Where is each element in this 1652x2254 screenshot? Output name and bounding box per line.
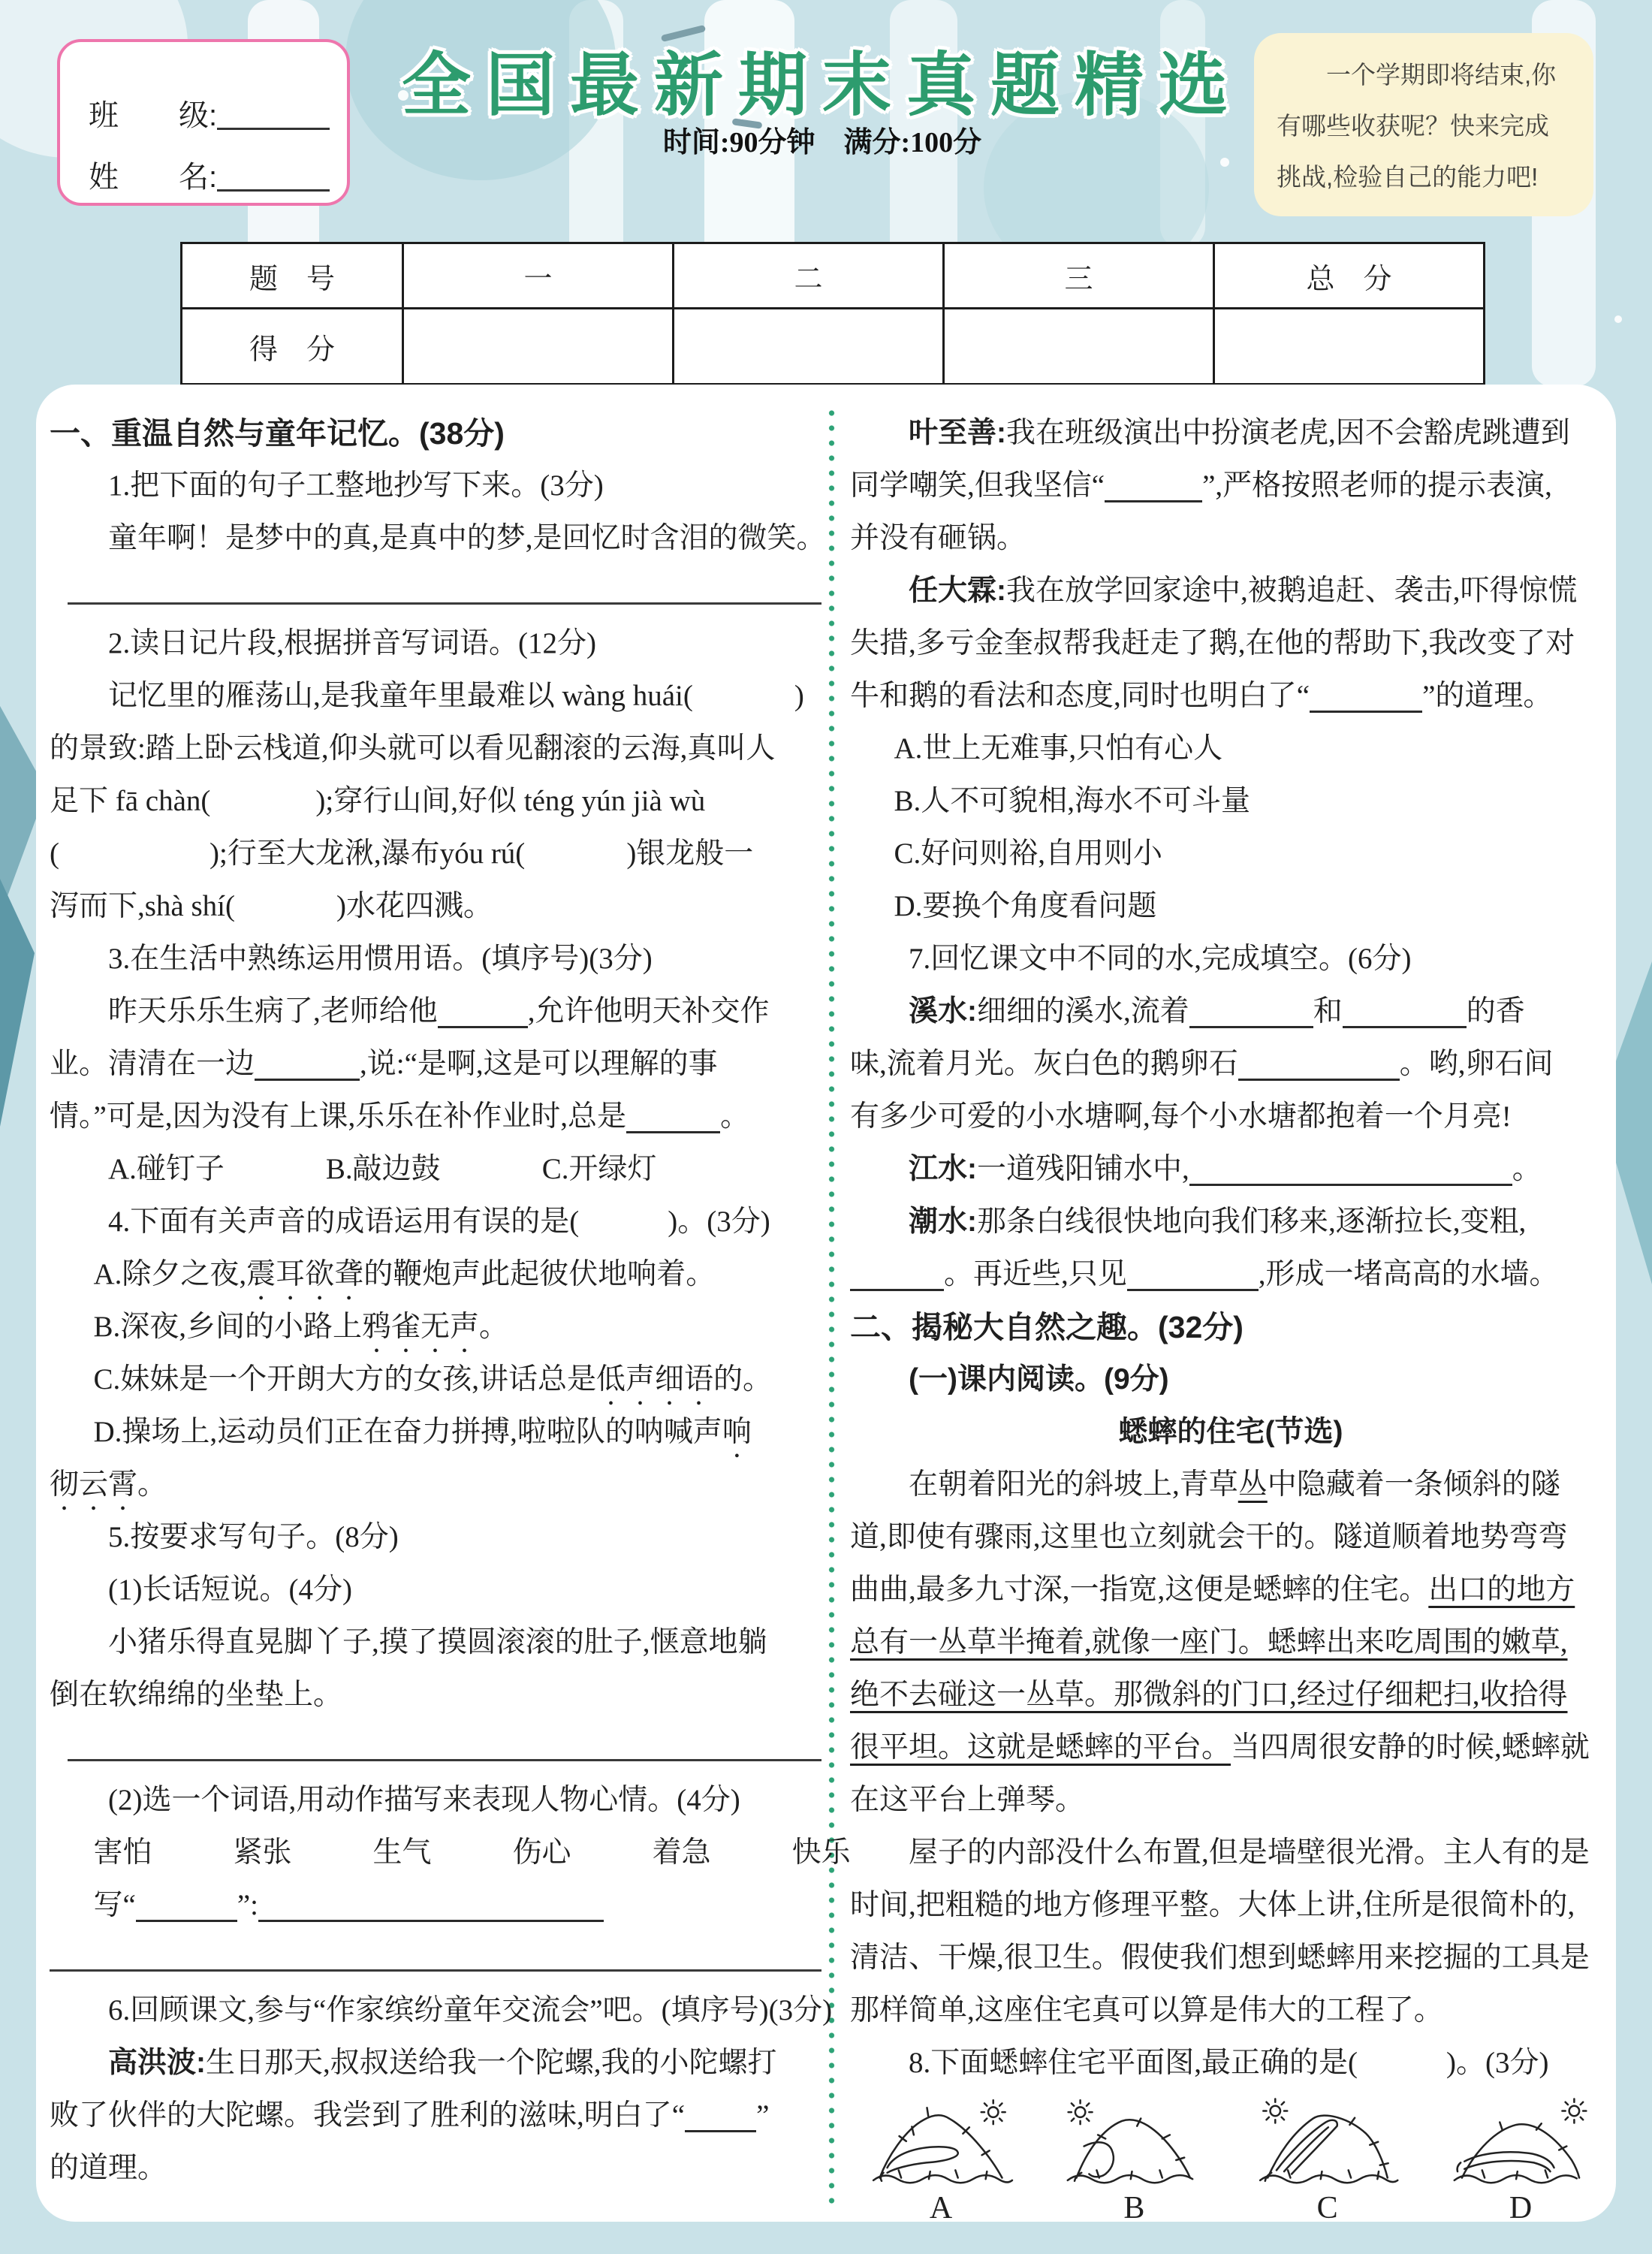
- score-label-cell: 得 分: [182, 309, 403, 385]
- fill-in-blank: [850, 1284, 944, 1291]
- text-segment: 。: [137, 1468, 167, 1501]
- text-segment: B.敲边鼓: [326, 1153, 441, 1185]
- note-line: 一个学期即将结束,你: [1277, 50, 1571, 101]
- text-segment: ”,严格按照老师的提示表演,: [1202, 469, 1552, 502]
- text-line: B.人不可貌相,海水不可斗量: [850, 775, 1611, 828]
- text-segment: 业。清清在一边: [50, 1048, 255, 1080]
- fill-in-blank: [1105, 496, 1202, 502]
- fill-in-blank: [1343, 1021, 1467, 1028]
- text-segment: );穿行山间,好似 téng yún jià wù: [315, 785, 705, 817]
- text-segment: 。再近些,只见: [944, 1258, 1127, 1290]
- sun-icon: [981, 2100, 1005, 2124]
- text-segment: 总有一丛草半掩着,就像一座门。蟋蟀出来吃周围的嫩草,: [850, 1626, 1568, 1658]
- note-line: 有哪些收获呢？快来完成: [1277, 101, 1571, 152]
- text-segment: 6.回顾课文,参与“作家缤纷童年交流会”吧。(填序号)(3分): [108, 1994, 832, 2026]
- text-segment: 道,即使有骤雨,这里也立刻就会干的。隧道顺着地势弯弯: [850, 1521, 1568, 1553]
- text-line: 害怕紧张生气伤心着急快乐: [50, 1827, 821, 1879]
- text-line: 情。”可是,因为没有上课,乐乐在补作业时,总是。: [50, 1091, 821, 1143]
- text-line: 时间,把粗糙的地方修理平整。大体上讲,住所是很简朴的,: [850, 1879, 1611, 1932]
- score-empty-cell: [944, 309, 1214, 385]
- fill-in-blank: [685, 2126, 756, 2132]
- text-segment: (2)选一个词语,用动作描写来表现人物心情。(4分): [108, 1784, 740, 1816]
- text-line: 溪水:细细的溪水,流着和的香: [850, 985, 1611, 1038]
- text-line: 蟋蟀的住宅(节选): [850, 1406, 1611, 1459]
- text-segment: B.深夜,乡间的小路上: [94, 1311, 363, 1343]
- text-segment: 足下 fā chàn(: [50, 785, 210, 817]
- text-segment: A.碰钉子: [108, 1153, 225, 1185]
- text-segment: 味,流着月光。灰白色的鹅卵石: [850, 1048, 1238, 1080]
- text-segment: 溪水:: [909, 995, 977, 1027]
- fill-in-blank: [1189, 1179, 1512, 1186]
- table-row: 题 号 一 二 三 总 分: [182, 243, 1485, 309]
- text-segment: 的。: [713, 1363, 772, 1396]
- text-segment: ): [794, 680, 804, 712]
- text-segment: 。: [1512, 1153, 1542, 1185]
- text-line: A.除夕之夜,震耳欲聋的鞭炮声此起彼伏地响着。: [50, 1248, 821, 1301]
- text-line: 屋子的内部没什么布置,但是墙壁很光滑。主人有的是: [850, 1827, 1611, 1879]
- text-segment: 在朝着阳光的斜坡上,青草: [909, 1468, 1238, 1501]
- header-cell: 总 分: [1214, 243, 1485, 309]
- text-segment: (一)课内阅读。(9分): [909, 1363, 1169, 1396]
- text-line: C.妹妹是一个开朗大方的女孩,讲话总是低声细语的。: [50, 1353, 821, 1406]
- text-line: 江水:一道残阳铺水中,。: [850, 1143, 1611, 1196]
- text-segment: 我在放学回家途中,被鹅追赶、袭击,吓得惊慌: [1006, 575, 1578, 607]
- text-segment: C.妹妹是一个开朗大方的女孩,讲话总是: [94, 1363, 597, 1396]
- text-line: 牛和鹅的看法和态度,同时也明白了“”的道理。: [850, 670, 1611, 723]
- text-segment: (: [50, 837, 59, 870]
- text-line: 5.按要求写句子。(8分): [50, 1511, 821, 1564]
- cricket-house-diagram-c: C: [1237, 2097, 1418, 2225]
- answer-line: [68, 1721, 821, 1761]
- text-segment: ”: [756, 2099, 769, 2132]
- text-segment: 任大霖:: [909, 575, 1006, 607]
- text-line: 3.在生活中熟练运用惯用语。(填序号)(3分): [50, 933, 821, 985]
- text-line: 4.下面有关声音的成语运用有误的是()。(3分): [50, 1196, 821, 1248]
- text-line: 6.回顾课文,参与“作家缤纷童年交流会”吧。(填序号)(3分): [50, 1984, 821, 2037]
- text-line: 那样简单,这座住宅真可以算是伟大的工程了。: [850, 1984, 1611, 2037]
- text-line: 的景致:踏上卧云栈道,仰头就可以看见翻滚的云海,真叫人: [50, 723, 821, 775]
- text-line: 泻而下,shà shí()水花四溅。: [50, 880, 821, 933]
- diagram-label: B: [1043, 2192, 1225, 2225]
- text-segment: 出口的地方: [1428, 1574, 1575, 1606]
- diagram-label: D: [1430, 2192, 1611, 2225]
- diagram-label: C: [1237, 2192, 1418, 2225]
- student-info-box: 班 级: 姓 名:: [57, 39, 350, 206]
- text-segment: 的鞭炮声此起彼伏地响着。: [363, 1258, 715, 1290]
- text-line: (一)课内阅读。(9分): [850, 1353, 1611, 1406]
- text-segment: 的景致:踏上卧云栈道,仰头就可以看见翻滚的云海,真叫人: [50, 732, 775, 765]
- header-cell: 二: [674, 243, 944, 309]
- text-segment: 的香: [1467, 995, 1525, 1027]
- text-segment: B.人不可貌相,海水不可斗量: [894, 785, 1251, 817]
- text-segment: 失措,多亏金奎叔帮我赶走了鹅,在他的帮助下,我改变了对: [850, 627, 1575, 659]
- right-column: 叶至善:我在班级演出中扮演老虎,因不会豁虎跳遭到同学嘲笑,但我坚信“”,严格按照…: [850, 407, 1611, 2225]
- fill-in-blank: [1189, 1021, 1313, 1028]
- text-segment: 丛: [1238, 1468, 1268, 1501]
- text-segment: 5.按要求写句子。(8分): [108, 1521, 399, 1553]
- text-line: 二、揭秘大自然之趣。(32分): [850, 1301, 1611, 1353]
- text-segment: 当四周很安静的时候,蟋蟀就: [1231, 1731, 1590, 1764]
- exam-meta: 时间:90分钟 满分:100分: [390, 119, 1254, 160]
- text-segment: 着急: [653, 1836, 711, 1869]
- text-line: B.深夜,乡间的小路上鸦雀无声。: [50, 1301, 821, 1353]
- cricket-house-diagram-d: D: [1430, 2097, 1611, 2225]
- text-segment: ”:: [237, 1889, 258, 1921]
- text-segment: 童年啊！是梦中的真,是真中的梦,是回忆时含泪的微笑。: [108, 522, 826, 554]
- question8-diagrams: A B: [850, 2090, 1611, 2225]
- text-segment: 那样简单,这座住宅真可以算是伟大的工程了。: [850, 1994, 1443, 2026]
- text-segment: 并没有砸锅。: [850, 522, 1026, 554]
- text-line: A.碰钉子B.敲边鼓C.开绿灯: [50, 1143, 821, 1196]
- text-segment: 泻而下,shà shí(: [50, 890, 235, 922]
- text-segment: 快乐: [792, 1836, 851, 1869]
- text-segment: D.要换个角度看问题: [894, 890, 1157, 922]
- exam-paper-page: 班 级: 姓 名: 全国最新期末真题精选 时间:90分钟 满分:100分 一个学…: [0, 0, 1652, 2254]
- text-segment: ,说:“是啊,这是可以理解的事: [360, 1048, 718, 1080]
- text-segment: 牛和鹅的看法和态度,同时也明白了“: [850, 680, 1310, 712]
- fill-in-blank: [438, 1021, 528, 1028]
- fill-in-blank: [1127, 1284, 1259, 1291]
- text-line: 曲曲,最多九寸深,一指宽,这便是蟋蟀的住宅。出口的地方: [850, 1564, 1611, 1616]
- name-blank: [217, 185, 330, 192]
- score-empty-cell: [674, 309, 944, 385]
- text-segment: C.好问则裕,自用则小: [894, 837, 1163, 870]
- text-segment: 蟋蟀的住宅(节选): [1119, 1416, 1343, 1448]
- text-line: 记忆里的雁荡山,是我童年里最难以 wàng huái(): [50, 670, 821, 723]
- text-segment: 小猪乐得直晃脚丫子,摸了摸圆滚滚的肚子,惬意地躺: [108, 1626, 767, 1658]
- text-segment: ,形成一堵高高的水墙。: [1259, 1258, 1559, 1290]
- diagram-sketch-d: [1433, 2097, 1608, 2192]
- text-line: 7.回忆课文中不同的水,完成填空。(6分): [850, 933, 1611, 985]
- text-line: 。再近些,只见,形成一堵高高的水墙。: [850, 1248, 1611, 1301]
- text-line: 绝不去碰这一丛草。那微斜的门口,经过仔细耙扫,收拾得: [850, 1669, 1611, 1721]
- text-segment: )银龙般一: [626, 837, 753, 870]
- header-cell: 题 号: [182, 243, 403, 309]
- header-cell: 一: [403, 243, 674, 309]
- text-segment: 鸦雀无声: [362, 1311, 479, 1343]
- text-line: 很平坦。这就是蟋蟀的平台。当四周很安静的时候,蟋蟀就: [850, 1721, 1611, 1774]
- text-segment: 二、揭秘大自然之趣。(32分): [850, 1310, 1244, 1344]
- note-line: 挑战,检验自己的能力吧!: [1277, 152, 1571, 203]
- text-line: 道,即使有骤雨,这里也立刻就会干的。隧道顺着地势弯弯: [850, 1511, 1611, 1564]
- text-segment: 。哟,卵石间: [1400, 1048, 1554, 1080]
- class-label: 班 级:: [89, 99, 217, 132]
- cricket-house-diagram-a: A: [850, 2097, 1032, 2225]
- text-line: D.要换个角度看问题: [850, 880, 1611, 933]
- text-segment: 清洁、干燥,很卫生。假使我们想到蟋蟀用来挖掘的工具是: [850, 1942, 1590, 1974]
- text-line: 高洪波:生日那天,叔叔送给我一个陀螺,我的小陀螺打: [50, 2037, 821, 2090]
- text-segment: 8.下面蟋蟀住宅平面图,最正确的是(: [909, 2047, 1358, 2079]
- answer-line: [68, 565, 821, 605]
- table-row: 得 分: [182, 309, 1485, 385]
- score-table: 题 号 一 二 三 总 分 得 分: [180, 242, 1485, 385]
- answer-line: [50, 1932, 821, 1972]
- text-segment: )。(3分): [1446, 2047, 1548, 2079]
- score-empty-cell: [1214, 309, 1485, 385]
- text-segment: 记忆里的雁荡山,是我童年里最难以 wàng huái(: [108, 680, 693, 712]
- text-segment: A.世上无难事,只怕有心人: [894, 732, 1223, 765]
- page-title: 全国最新期末真题精选: [390, 30, 1254, 129]
- text-segment: D.操场上,运动员们正在奋力拼搏,啦啦队的呐喊声: [94, 1416, 722, 1448]
- text-segment: 3.在生活中熟练运用惯用语。(填序号)(3分): [108, 943, 653, 975]
- text-segment: 害怕: [94, 1836, 152, 1869]
- name-field: 姓 名:: [89, 153, 330, 196]
- text-segment: 伤心: [513, 1836, 571, 1869]
- text-segment: 情。”可是,因为没有上课,乐乐在补作业时,总是: [50, 1100, 626, 1133]
- text-segment: 很平坦。这就是蟋蟀的平台。: [850, 1731, 1231, 1764]
- text-line: C.好问则裕,自用则小: [850, 828, 1611, 880]
- fill-in-blank: [1310, 706, 1422, 713]
- text-segment: 写“: [94, 1889, 136, 1921]
- text-line: 同学嘲笑,但我坚信“”,严格按照老师的提示表演,: [850, 460, 1611, 512]
- text-segment: );行至大龙湫,瀑布yóu rú(: [210, 837, 525, 870]
- text-segment: ,允许他明天补交作: [528, 995, 770, 1027]
- text-segment: 潮水:: [909, 1205, 977, 1238]
- class-field: 班 级:: [89, 92, 330, 134]
- text-line: (1)长话短说。(4分): [50, 1564, 821, 1616]
- diagram-sketch-b: [1047, 2097, 1221, 2192]
- text-line: 任大霖:我在放学回家途中,被鹅追赶、袭击,吓得惊慌: [850, 565, 1611, 617]
- text-segment: 那条白线很快地向我们移来,逐渐拉长,变粗,: [977, 1205, 1526, 1238]
- text-segment: 1.把下面的句子工整地抄写下来。(3分): [108, 469, 604, 502]
- text-line: 业。清清在一边,说:“是啊,这是可以理解的事: [50, 1038, 821, 1091]
- text-segment: 叶至善:: [909, 417, 1006, 449]
- text-line: 有多少可爱的小水塘啊,每个小水塘都抱着一个月亮!: [850, 1091, 1611, 1143]
- text-line: 清洁、干燥,很卫生。假使我们想到蟋蟀用来挖掘的工具是: [850, 1932, 1611, 1984]
- diagram-sketch-c: [1241, 2097, 1415, 2192]
- snow-dot: [1614, 315, 1622, 323]
- text-segment: 高洪波:: [108, 2047, 206, 2079]
- text-segment: 同学嘲笑,但我坚信“: [850, 469, 1105, 502]
- text-segment: 响: [722, 1416, 752, 1448]
- text-line: A.世上无难事,只怕有心人: [850, 723, 1611, 775]
- text-line: 1.把下面的句子工整地抄写下来。(3分): [50, 460, 821, 512]
- teal-accent-shape: [0, 879, 35, 1127]
- text-segment: )水花四溅。: [336, 890, 493, 922]
- name-label: 姓 名:: [89, 161, 217, 194]
- text-segment: 一道残阳铺水中,: [977, 1153, 1189, 1185]
- text-line: (2)选一个词语,用动作描写来表现人物心情。(4分): [50, 1774, 821, 1827]
- text-segment: 4.下面有关声音的成语运用有误的是(: [108, 1205, 579, 1238]
- text-line: 在朝着阳光的斜坡上,青草丛中隐藏着一条倾斜的隧: [850, 1459, 1611, 1511]
- text-line: 足下 fā chàn();穿行山间,好似 téng yún jià wù: [50, 775, 821, 828]
- text-segment: 细细的溪水,流着: [977, 995, 1189, 1027]
- text-segment: A.除夕之夜,: [94, 1258, 247, 1290]
- text-line: 潮水:那条白线很快地向我们移来,逐渐拉长,变粗,: [850, 1196, 1611, 1248]
- text-segment: 曲曲,最多九寸深,一指宽,这便是蟋蟀的住宅。: [850, 1574, 1428, 1606]
- text-line: 的道理。: [50, 2142, 821, 2195]
- text-line: 总有一丛草半掩着,就像一座门。蟋蟀出来吃周围的嫩草,: [850, 1616, 1611, 1669]
- fill-in-blank: [1238, 1074, 1400, 1081]
- fill-in-blank: [258, 1915, 604, 1922]
- text-segment: 倒在软绵绵的坐垫上。: [50, 1679, 342, 1711]
- text-line: 失措,多亏金奎叔帮我赶走了鹅,在他的帮助下,我改变了对: [850, 617, 1611, 670]
- text-line: 在这平台上弹琴。: [850, 1774, 1611, 1827]
- fill-in-blank: [626, 1127, 720, 1133]
- diagram-sketch-a: [854, 2097, 1028, 2192]
- fill-in-blank: [255, 1074, 360, 1081]
- text-line: 并没有砸锅。: [850, 512, 1611, 565]
- text-segment: 有多少可爱的小水塘啊,每个小水塘都抱着一个月亮!: [850, 1100, 1512, 1133]
- text-line: 昨天乐乐生病了,老师给他,允许他明天补交作: [50, 985, 821, 1038]
- text-segment: 7.回忆课文中不同的水,完成填空。(6分): [909, 943, 1411, 975]
- text-segment: 2.读日记片段,根据拼音写词语。(12分): [108, 627, 596, 659]
- fill-in-blank: [136, 1915, 237, 1922]
- score-empty-cell: [403, 309, 674, 385]
- text-segment: 绝不去碰这一丛草。那微斜的门口,经过仔细耙扫,收拾得: [850, 1679, 1568, 1711]
- text-line: 一、重温自然与童年记忆。(38分): [50, 407, 821, 460]
- text-segment: 彻云霄: [50, 1468, 137, 1501]
- text-segment: 一、重温自然与童年记忆。(38分): [50, 416, 505, 451]
- sun-icon: [1263, 2099, 1287, 2123]
- text-segment: (1)长话短说。(4分): [108, 1574, 352, 1606]
- text-segment: 生日那天,叔叔送给我一个陀螺,我的小陀螺打: [206, 2047, 777, 2079]
- text-segment: 江水:: [909, 1153, 977, 1185]
- text-segment: 紧张: [234, 1836, 292, 1869]
- text-line: 小猪乐得直晃脚丫子,摸了摸圆滚滚的肚子,惬意地躺: [50, 1616, 821, 1669]
- text-segment: 生气: [373, 1836, 432, 1869]
- text-segment: 败了伙伴的大陀螺。我尝到了胜利的滋味,明白了“: [50, 2099, 685, 2132]
- sun-icon: [1069, 2100, 1093, 2124]
- text-segment: ”的道理。: [1422, 680, 1552, 712]
- text-line: 8.下面蟋蟀住宅平面图,最正确的是()。(3分): [850, 2037, 1611, 2090]
- text-segment: 低声细语: [596, 1363, 713, 1396]
- text-line: 2.读日记片段,根据拼音写词语。(12分): [50, 617, 821, 670]
- text-line: ();行至大龙湫,瀑布yóu rú()银龙般一: [50, 828, 821, 880]
- text-segment: 昨天乐乐生病了,老师给他: [108, 995, 438, 1027]
- text-segment: 和: [1313, 995, 1343, 1027]
- text-line: 写“”:: [50, 1879, 821, 1932]
- text-line: 倒在软绵绵的坐垫上。: [50, 1669, 821, 1721]
- text-line: 味,流着月光。灰白色的鹅卵石。哟,卵石间: [850, 1038, 1611, 1091]
- text-segment: C.开绿灯: [542, 1153, 657, 1185]
- header-cell: 三: [944, 243, 1214, 309]
- text-segment: 在这平台上弹琴。: [850, 1784, 1084, 1816]
- text-line: 叶至善:我在班级演出中扮演老虎,因不会豁虎跳遭到: [850, 407, 1611, 460]
- text-line: 败了伙伴的大陀螺。我尝到了胜利的滋味,明白了“”: [50, 2090, 821, 2142]
- text-line: 彻云霄。: [50, 1459, 821, 1511]
- cricket-house-diagram-b: B: [1043, 2097, 1225, 2225]
- text-segment: )。(3分): [668, 1205, 770, 1238]
- encouragement-note: 一个学期即将结束,你 有哪些收获呢？快来完成 挑战,检验自己的能力吧!: [1254, 33, 1593, 216]
- sun-icon: [1562, 2099, 1586, 2123]
- text-segment: 中隐藏着一条倾斜的隧: [1268, 1468, 1560, 1501]
- class-blank: [217, 123, 330, 130]
- left-column: 一、重温自然与童年记忆。(38分)1.把下面的句子工整地抄写下来。(3分)童年啊…: [50, 407, 821, 2195]
- text-segment: 。: [479, 1311, 508, 1343]
- text-segment: 屋子的内部没什么布置,但是墙壁很光滑。主人有的是: [909, 1836, 1590, 1869]
- text-line: 童年啊！是梦中的真,是真中的梦,是回忆时含泪的微笑。: [50, 512, 821, 565]
- text-segment: 的道理。: [50, 2152, 167, 2184]
- text-segment: 我在班级演出中扮演老虎,因不会豁虎跳遭到: [1006, 417, 1570, 449]
- text-line: D.操场上,运动员们正在奋力拼搏,啦啦队的呐喊声响: [50, 1406, 821, 1459]
- text-segment: 时间,把粗糙的地方修理平整。大体上讲,住所是很简朴的,: [850, 1889, 1575, 1921]
- diagram-label: A: [850, 2192, 1032, 2225]
- text-segment: 震耳欲聋: [246, 1258, 363, 1290]
- text-segment: 。: [720, 1100, 749, 1133]
- column-divider-dotted-line: [828, 406, 835, 2205]
